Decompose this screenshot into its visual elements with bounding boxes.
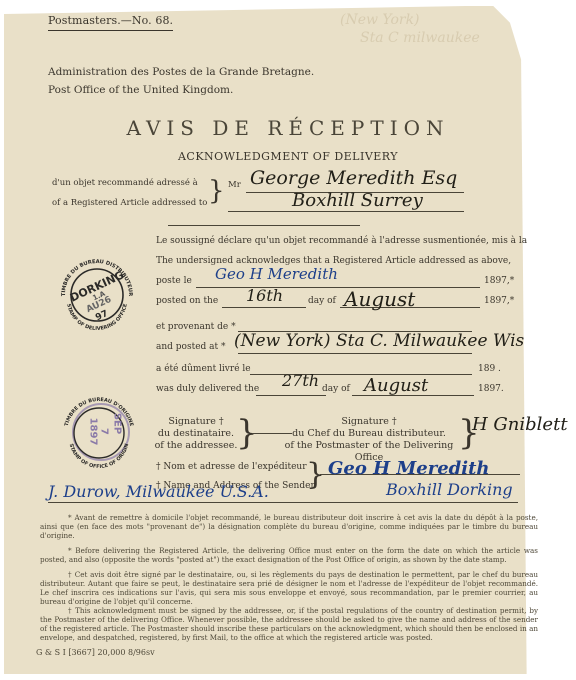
note-2-fr: † Cet avis doit être signé par le destin…	[40, 570, 538, 606]
note-2-en: † This acknowledgment must be signed by …	[40, 606, 538, 642]
livre-year: 189 .	[478, 364, 501, 374]
provenant-label: et provenant de *	[156, 322, 236, 332]
delivered-label: was duly delivered the	[156, 384, 259, 394]
day-of-label: day of	[308, 296, 336, 306]
stamp-day: 7	[99, 422, 110, 442]
stamp-year: 1897	[88, 415, 99, 449]
page-subtitle: ACKNOWLEDGMENT OF DELIVERY	[0, 150, 576, 163]
posted-day[interactable]: 16th	[246, 286, 283, 305]
poste-le-year: 1897,*	[484, 276, 514, 286]
addressee-address[interactable]: Boxhill Surrey	[292, 190, 423, 211]
poste-le-label: poste le	[156, 276, 192, 286]
poste-le-value[interactable]: Geo H Meredith	[215, 265, 338, 283]
addressee-prefix: Mr	[228, 180, 241, 190]
divider	[168, 225, 360, 226]
note-1-fr: * Avant de remettre à domicile l'objet r…	[40, 513, 538, 540]
livre-label: a été dûment livré le	[156, 364, 251, 374]
addressee-sig-fr: du destinataire.	[150, 428, 242, 440]
stamp-month: SEP	[112, 409, 123, 439]
admin-english: Post Office of the United Kingdom.	[48, 84, 233, 96]
page-title: AVIS DE RÉCEPTION	[0, 116, 576, 140]
origin-office-stamp: TIMBRE DU BUREAU D'ORIGINE STAMP OF OFFI…	[58, 392, 140, 474]
note-1-en: * Before delivering the Registered Artic…	[40, 546, 538, 564]
posted-day-line	[222, 307, 306, 308]
form-number: Postmasters.—No. 68.	[48, 14, 173, 31]
print-code: G & S I [3667] 20,000 8/96sv	[36, 648, 155, 657]
show-through-writing: Sta C milwaukee	[360, 30, 480, 46]
delivered-year: 1897.	[478, 384, 504, 394]
admin-french: Administration des Postes de la Grande B…	[48, 66, 314, 78]
delivered-day-of: day of	[322, 384, 350, 394]
sender-signature-line2[interactable]: Boxhill Dorking	[386, 480, 513, 499]
posted-at-line	[238, 353, 472, 354]
addressee-name[interactable]: George Meredith Esq	[250, 167, 457, 189]
brace: }	[208, 178, 225, 204]
postmaster-sig-title: Signature †	[276, 416, 462, 428]
delivering-office-stamp: TIMBRE DU BUREAU DISTRIBUTEUR STAMP OF D…	[56, 254, 138, 336]
delivered-month[interactable]: August	[364, 375, 428, 396]
posted-on-label: posted on the	[156, 296, 218, 306]
delivered-day-line	[256, 395, 326, 396]
addressee-sig-title: Signature †	[150, 416, 242, 428]
poste-le-line	[196, 287, 480, 288]
sender-signature-line1[interactable]: Geo H Meredith	[328, 458, 490, 479]
addressee-label-en: of a Registered Article addressed to	[52, 198, 207, 208]
postmaster-signature-label: Signature † du Chef du Bureau distribute…	[276, 416, 462, 464]
show-through-writing: (New York)	[340, 12, 420, 28]
posted-at-value[interactable]: (New York) Sta C. Milwaukee Wis	[234, 331, 524, 351]
addressee-signature-label: Signature † du destinataire. of the addr…	[150, 416, 242, 452]
posted-month[interactable]: August	[344, 287, 415, 311]
declaration-fr: Le soussigné déclare qu'un objet recomma…	[156, 236, 527, 246]
sender-value[interactable]: J. Durow, Milwaukee U.S.A.	[48, 482, 269, 501]
addressee-label-fr: d'un objet recommandé adressé à	[52, 178, 198, 188]
addressee-address-line	[228, 211, 464, 212]
postmaster-signature[interactable]: H Gniblett	[472, 414, 568, 435]
delivered-day[interactable]: 27th	[282, 371, 319, 390]
posted-at-label: and posted at *	[156, 342, 226, 352]
sender-line-2	[48, 502, 518, 503]
brace: }	[306, 460, 325, 490]
sender-label-fr: † Nom et adresse de l'expéditeur	[156, 462, 307, 472]
addressee-sig-en: of the addressee.	[150, 440, 242, 452]
posted-year: 1897,*	[484, 296, 514, 306]
postmaster-sig-fr: du Chef du Bureau distributeur.	[276, 428, 462, 440]
